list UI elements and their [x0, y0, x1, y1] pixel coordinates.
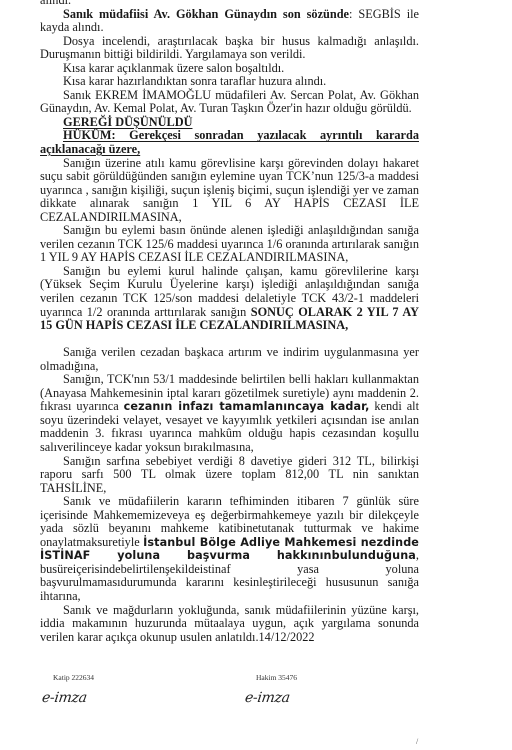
judge-e-signature: e-imza: [244, 690, 291, 706]
paragraph-hall-cleared: Kısa karar açıklanmak üzere salon boşalt…: [40, 62, 419, 76]
heading-geregi-dusunuldu: GEREĞİ DÜŞÜNÜLDÜ: [40, 116, 419, 130]
text-segment: Sanığa verilen cezadan başkaca artırım v…: [40, 345, 419, 373]
text-segment: Dosya incelendi, araştırılacak başka bir…: [40, 34, 419, 62]
heading-text: HÜKÜM: Gerekçesi sonradan yazılacak ayrı…: [40, 128, 419, 156]
paragraph-appeal-rights: Sanık ve müdafiilerin kararın tefhiminde…: [40, 495, 419, 603]
paragraph-verdict-read: Sanık ve mağdurların yokluğunda, sanık m…: [40, 604, 419, 645]
paragraph-lawyers-present: Sanık EKREM İMAMOĞLU müdafileri Av. Serc…: [40, 89, 419, 116]
text-segment: Kısa karar hazırlandıktan sonra taraflar…: [63, 74, 326, 88]
text-segment: Sanık ve mağdurların yokluğunda, sanık m…: [40, 603, 419, 644]
paragraph-file-reviewed: Dosya incelendi, araştırılacak başka bir…: [40, 35, 419, 62]
document-body: alındı. Sanık müdafiisi Av. Gökhan Günay…: [40, 0, 419, 644]
emphasis-text: cezanın infazı tamamlanıncaya kadar,: [124, 400, 370, 413]
paragraph-rights-deprivation: Sanığın, TCK'nın 53/1 maddesinde belirti…: [40, 373, 419, 454]
heading-hukum: HÜKÜM: Gerekçesi sonradan yazılacak ayrı…: [40, 129, 419, 156]
paragraph-verdict-insult: Sanığın üzerine atılı kamu görevlisine k…: [40, 157, 419, 225]
text-segment: Kısa karar açıklanmak üzere salon boşalt…: [63, 61, 284, 75]
text-segment: Sanığın sarfına sebebiyet verdiği 8 dave…: [40, 454, 419, 495]
judge-label: Hakim 35476: [256, 673, 297, 682]
paragraph-no-adjustment: Sanığa verilen cezadan başkaca artırım v…: [40, 346, 419, 373]
text-segment: Sanığın bu eylemi basın önünde alenen iş…: [40, 223, 419, 264]
clerk-e-signature: e-imza: [41, 690, 88, 706]
text-segment: Sanığın üzerine atılı kamu görevlisine k…: [40, 156, 419, 224]
clerk-label: Katip 222634: [53, 673, 94, 682]
defense-lawyer-name: Sanık müdafiisi Av. Gökhan Günaydın son …: [63, 7, 349, 21]
paragraph-costs: Sanığın sarfına sebebiyet verdiği 8 dave…: [40, 455, 419, 496]
blank-line: [40, 333, 419, 347]
text-segment: Sanık EKREM İMAMOĞLU müdafileri Av. Serc…: [40, 88, 419, 116]
paragraph-verdict-press: Sanığın bu eylemi basın önünde alenen iş…: [40, 224, 419, 265]
paragraph-parties-admitted: Kısa karar hazırlandıktan sonra taraflar…: [40, 75, 419, 89]
page-mark: /: [416, 737, 418, 746]
paragraph-verdict-final-sentence: Sanığın bu eylemi kurul halinde çalışan,…: [40, 265, 419, 333]
paragraph-defense-final-word: Sanık müdafiisi Av. Gökhan Günaydın son …: [40, 8, 419, 35]
heading-text: GEREĞİ DÜŞÜNÜLDÜ: [63, 115, 192, 129]
